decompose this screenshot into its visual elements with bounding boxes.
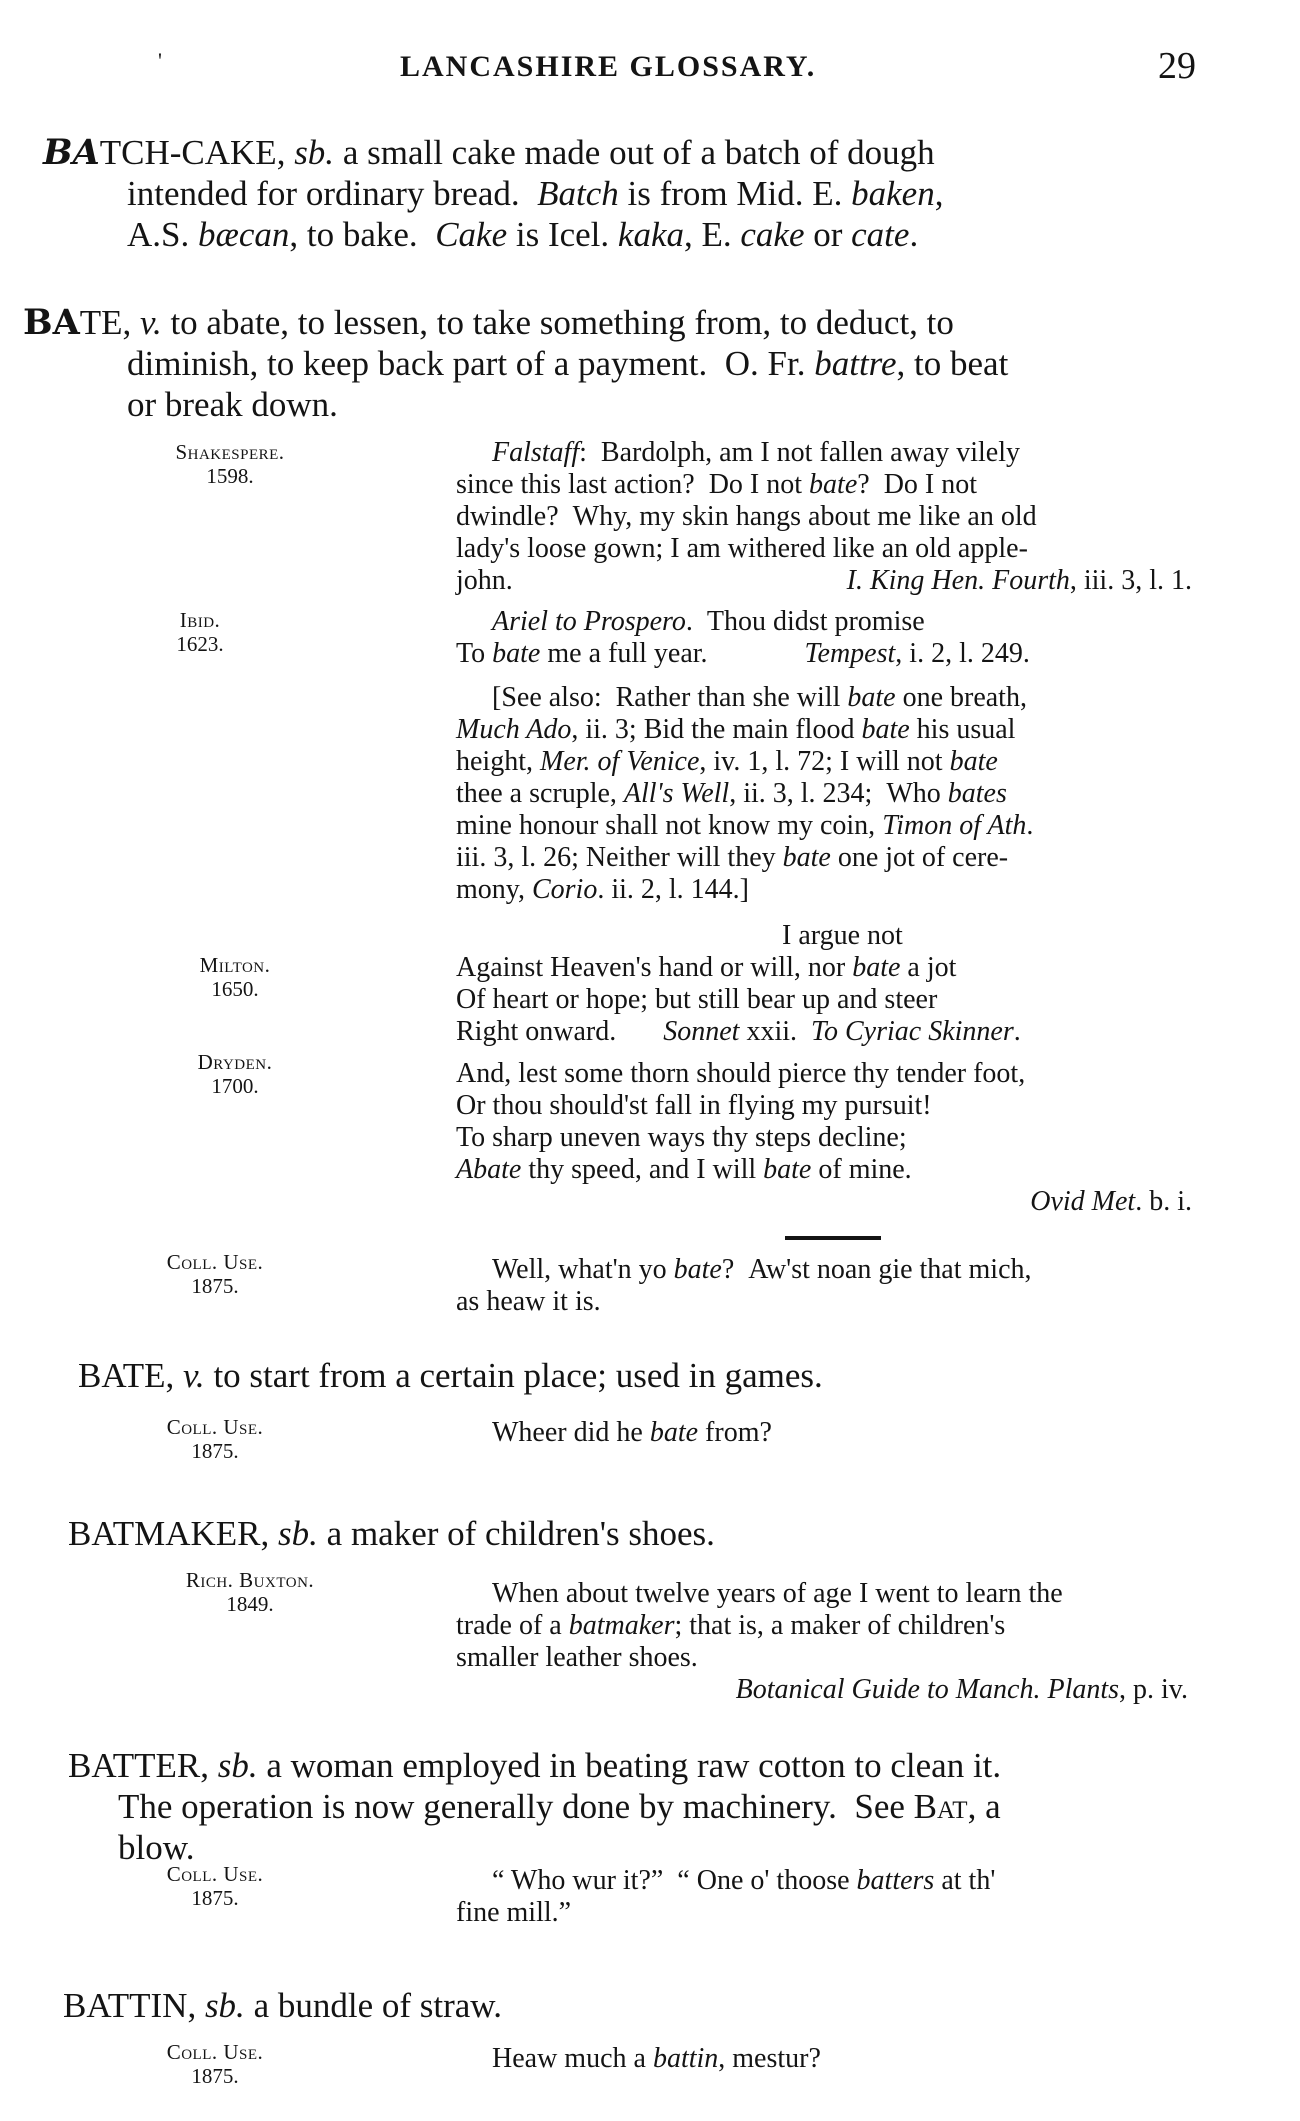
citation-source: Coll. Use. 1875. [145,1862,285,1910]
citation-source: Rich. Buxton. 1849. [140,1568,360,1616]
citation-quote: I argue not Against Heaven's hand or wil… [456,920,1208,1048]
entry-first-line: BATE, v. to start from a certain place; … [78,1355,1208,1396]
citation-author: Coll. Use. [145,2040,285,2064]
quote-line: To sharp uneven ways thy steps decline; [456,1122,1208,1154]
entry-battin: BATTIN, sb. a bundle of straw. [63,1985,1203,2026]
quote-line: To bate me a full year. Tempest, i. 2, l… [456,638,1208,670]
quote-line: mine honour shall not know my coin, Timo… [456,810,1208,842]
headword: TE [80,303,123,342]
citation-year: 1598. [145,464,315,488]
quote-line: thee a scruple, All's Well, ii. 3, l. 23… [456,778,1208,810]
section-divider [785,1236,881,1240]
quote-line: lady's loose gown; I am withered like an… [456,533,1208,565]
definition-line: or break down. [23,384,1208,425]
entry-bate-1: BATE, v. to abate, to lessen, to take so… [23,302,1208,425]
headword: TCH-CAKE [100,133,277,172]
quote-line: Or thou should'st fall in flying my purs… [456,1090,1208,1122]
headword: BATE [78,1356,166,1395]
citation-source: Coll. Use. 1875. [145,1415,285,1463]
definition-line: a woman employed in beating raw cotton t… [266,1746,1001,1785]
citation-year: 1849. [140,1592,360,1616]
headword-initials: BA [43,132,100,173]
citation-author: Coll. Use. [145,1862,285,1886]
definition-line: to abate, to lessen, to take something f… [170,303,953,342]
citation-author: Coll. Use. [145,1250,285,1274]
quote-line: iii. 3, l. 26; Neither will they bate on… [456,842,1208,874]
quote-line: When about twelve years of age I went to… [456,1578,1208,1610]
citation-source: Dryden. 1700. [180,1050,290,1098]
quote-source: Ovid Met. b. i. [456,1186,1208,1218]
citation-source: Shakespere. 1598. [145,440,315,488]
citation-source: Ibid. 1623. [145,608,255,656]
part-of-speech: sb. [218,1746,258,1785]
citation-source: Coll. Use. 1875. [145,2040,285,2088]
entry-batmaker: BATMAKER, sb. a maker of children's shoe… [68,1513,1208,1554]
citation-source: Coll. Use. 1875. [145,1250,285,1298]
quote-line: Abate thy speed, and I will bate of mine… [456,1154,1208,1186]
citation-author: Rich. Buxton. [140,1568,360,1592]
part-of-speech: sb. [294,133,334,172]
definition-line: The operation is now generally done by m… [68,1786,1208,1827]
quote-line: And, lest some thorn should pierce thy t… [456,1058,1208,1090]
citation-author: Ibid. [145,608,255,632]
part-of-speech: sb. [205,1986,245,2025]
quote-line: I argue not [456,920,1208,952]
part-of-speech: v. [140,303,162,342]
headword: BATMAKER [68,1514,261,1553]
entry-first-line: BATE, v. to abate, to lessen, to take so… [23,302,1208,343]
definition-line: diminish, to keep back part of a payment… [23,343,1208,384]
quote-line: Of heart or hope; but still bear up and … [456,984,1208,1016]
quote-line: as heaw it is. [456,1286,1208,1318]
page-number: 29 [1158,44,1196,88]
quote-line: Right onward. Sonnet xxii. To Cyriac Ski… [456,1016,1208,1048]
citation-year: 1650. [180,977,290,1001]
citation-year: 1875. [145,1886,285,1910]
headword: BATTER [68,1746,200,1785]
quote-line: dwindle? Why, my skin hangs about me lik… [456,501,1208,533]
citation-quote: “ Who wur it?” “ One o' thoose batters a… [456,1865,1208,1929]
see-also-block: [See also: Rather than she will bate one… [456,682,1208,906]
quote-line: since this last action? Do I not bate? D… [456,469,1208,501]
quote-line: smaller leather shoes. [456,1642,1208,1674]
quote-line: Heaw much a battin, mestur? [492,2043,821,2075]
definition-line: intended for ordinary bread. Batch is fr… [43,173,1208,214]
entry-first-line: BATTER, sb. a woman employed in beating … [68,1745,1208,1786]
citation-quote: Ariel to Prospero. Thou didst promise To… [456,606,1208,670]
part-of-speech: v. [183,1356,205,1395]
citation-quote: Wheer did he bate from? [492,1417,772,1449]
quote-line: trade of a batmaker; that is, a maker of… [456,1610,1208,1642]
entry-bate-2: BATE, v. to start from a certain place; … [78,1355,1208,1396]
quote-line: height, Mer. of Venice, iv. 1, l. 72; I … [456,746,1208,778]
citation-source: Milton. 1650. [180,953,290,1001]
definition-line: a bundle of straw. [254,1986,503,2025]
citation-author: Coll. Use. [145,1415,285,1439]
citation-quote: Well, what'n yo bate? Aw'st noan gie tha… [456,1254,1208,1318]
citation-quote: Falstaff: Bardolph, am I not fallen away… [456,437,1208,597]
citation-quote: And, lest some thorn should pierce thy t… [456,1058,1208,1218]
citation-quote: When about twelve years of age I went to… [456,1578,1208,1706]
entry-first-line: BATCH-CAKE, sb. a small cake made out of… [43,132,1208,173]
quote-line: mony, Corio. ii. 2, l. 144.] [456,874,1208,906]
citation-author: Milton. [180,953,290,977]
quote-line: Falstaff: Bardolph, am I not fallen away… [456,437,1208,469]
citation-year: 1875. [145,1439,285,1463]
headword: BATTIN [63,1986,187,2025]
citation-author: Shakespere. [145,440,315,464]
citation-quote: Heaw much a battin, mestur? [492,2043,821,2075]
quote-line: Wheer did he bate from? [492,1417,772,1449]
quote-line: Ariel to Prospero. Thou didst promise [456,606,1208,638]
citation-author: Dryden. [180,1050,290,1074]
quote-line: Against Heaven's hand or will, nor bate … [456,952,1208,984]
definition-line: to start from a certain place; used in g… [213,1356,822,1395]
entry-first-line: BATMAKER, sb. a maker of children's shoe… [68,1513,1208,1554]
definition-line: A.S. bæcan, to bake. Cake is Icel. kaka,… [43,214,1208,255]
quote-line: “ Who wur it?” “ One o' thoose batters a… [456,1865,1208,1897]
quote-line: fine mill.” [456,1897,1208,1929]
running-header-title: LANCASHIRE GLOSSARY. [400,50,816,84]
definition-line: a maker of children's shoes. [327,1514,715,1553]
entry-first-line: BATTIN, sb. a bundle of straw. [63,1985,1203,2026]
definition-line: a small cake made out of a batch of doug… [343,133,935,172]
quote-line: john.I. King Hen. Fourth, iii. 3, l. 1. [456,565,1208,597]
quote-line: Much Ado, ii. 3; Bid the main flood bate… [456,714,1208,746]
citation-year: 1623. [145,632,255,656]
headword-initials: BA [23,302,80,343]
entry-batch-cake: BATCH-CAKE, sb. a small cake made out of… [43,132,1208,255]
quote-source: Botanical Guide to Manch. Plants, p. iv. [456,1674,1208,1706]
stray-mark: ' [158,48,162,74]
quote-line: [See also: Rather than she will bate one… [456,682,1208,714]
quote-line: Well, what'n yo bate? Aw'st noan gie tha… [456,1254,1208,1286]
citation-year: 1875. [145,1274,285,1298]
part-of-speech: sb. [278,1514,318,1553]
citation-year: 1700. [180,1074,290,1098]
citation-year: 1875. [145,2064,285,2088]
entry-batter: BATTER, sb. a woman employed in beating … [68,1745,1208,1868]
